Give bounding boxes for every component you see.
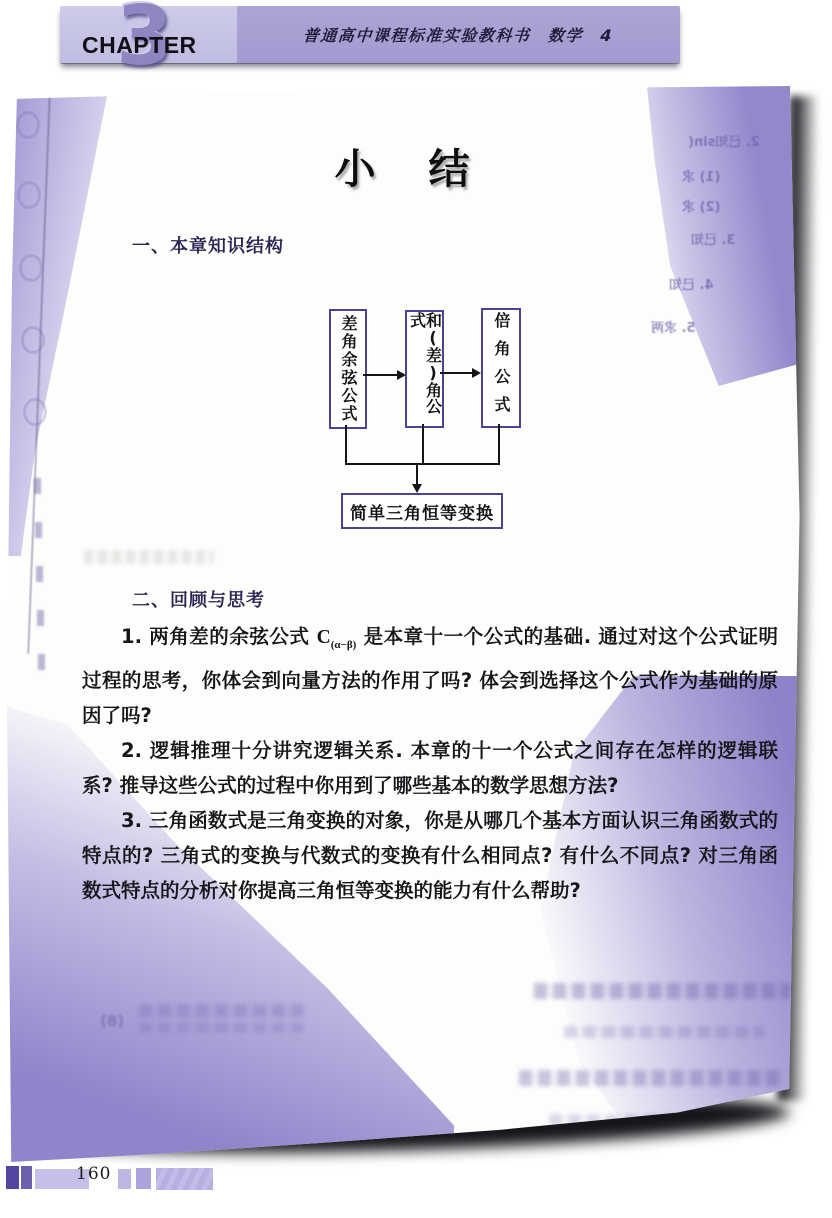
textbook-scan-page: 3 CHAPTER 普通高中课程标准实验教科书 数学 4 2. 已知sin( (… — [0, 0, 832, 1218]
bleed-text-row — [534, 983, 790, 999]
formula-symbol-letter: C — [317, 627, 331, 648]
bleed-smudge — [84, 550, 214, 564]
diagram-box-sum-difference-angle-formula: 和(差)角公式 — [405, 310, 444, 428]
footer-block — [156, 1168, 213, 1190]
section1-heading: 一、本章知识结构 — [132, 232, 284, 258]
connector-line — [422, 424, 424, 465]
question-1: 1. 两角差的余弦公式 C(α−β) 是本章十一个公式的基础. 通过对这个公式证… — [82, 619, 778, 733]
question-3: 3. 三角函数式是三角变换的对象，你是从哪几个基本方面认识三角函数式的特点的? … — [82, 803, 778, 908]
formula-symbol: C(α−β) — [317, 627, 357, 648]
binding-hole-icon — [23, 398, 47, 426]
footer-block — [118, 1169, 131, 1189]
arrow-right-icon — [472, 368, 481, 378]
diagram-box-difference-cosine-formula: 差角余弦公式 — [329, 309, 367, 429]
arrow-line — [363, 374, 399, 376]
footer-block — [136, 1168, 151, 1189]
footer-block — [21, 1166, 32, 1189]
binding-hole-icon — [21, 326, 45, 354]
bleed-mark — [38, 654, 45, 670]
arrow-right-icon — [397, 370, 406, 380]
bleed-text-row — [564, 1026, 764, 1038]
ghost-text-line: 5. 求两 — [651, 317, 696, 336]
connector-line — [416, 463, 418, 485]
arrow-down-icon — [412, 484, 422, 493]
question-1-text: 1. 两角差的余弦公式 — [121, 625, 317, 648]
diagram-box-double-angle-formula: 倍角公式 — [481, 308, 521, 428]
scanned-page: 2. 已知sin( (1) 求 (2) 求 3. 已知 4. 已知 5. 求两 … — [4, 86, 806, 1162]
bleed-text-row — [139, 1022, 304, 1033]
chapter-banner: 3 CHAPTER 普通高中课程标准实验教科书 数学 4 — [60, 6, 680, 63]
section2-heading: 二、回顾与思考 — [132, 586, 265, 612]
binding-hole-icon — [19, 254, 43, 282]
footer-block — [6, 1166, 19, 1189]
bleed-mark — [37, 610, 44, 626]
ghost-text-line: 4. 已知 — [669, 274, 714, 293]
question-2: 2. 逻辑推理十分讲究逻辑关系. 本章的十一个公式之间存在怎样的逻辑联系? 推导… — [82, 733, 778, 803]
chapter-label: CHAPTER — [82, 32, 197, 59]
bleed-mark — [36, 566, 43, 582]
diagram-box-simple-trig-identity-transformation: 简单三角恒等变换 — [341, 493, 503, 529]
diagram-box-label: 倍角公式 — [493, 312, 509, 424]
chapter-banner-right: 普通高中课程标准实验教科书 数学 4 — [237, 6, 680, 63]
ghost-text-fragment: (8) — [100, 1012, 124, 1030]
bleed-mark — [35, 522, 42, 538]
ghost-text-line: 3. 已知 — [691, 229, 736, 248]
page-number: 160 — [76, 1164, 111, 1184]
book-title: 普通高中课程标准实验教科书 数学 4 — [302, 23, 614, 46]
review-questions: 1. 两角差的余弦公式 C(α−β) 是本章十一个公式的基础. 通过对这个公式证… — [82, 619, 778, 908]
diagram-box-label: 差角余弦公式 — [340, 315, 356, 423]
connector-line — [345, 425, 347, 465]
bleed-mark — [34, 478, 41, 494]
bleed-text-row — [519, 1070, 785, 1086]
page-title: 小 结 — [4, 136, 806, 195]
connector-line — [345, 463, 500, 465]
diagram-box-label: 和(差)角公式 — [409, 312, 441, 426]
chapter-banner-left: 3 CHAPTER — [60, 6, 237, 63]
diagram-box-label: 简单三角恒等变换 — [350, 499, 494, 524]
formula-symbol-subscript: (α−β) — [331, 639, 357, 651]
bleed-text-row — [139, 1004, 304, 1017]
connector-line — [498, 424, 500, 465]
arrow-line — [440, 372, 474, 374]
ghost-text-line: (2) 求 — [682, 196, 720, 215]
binding-hole-icon — [16, 111, 40, 139]
